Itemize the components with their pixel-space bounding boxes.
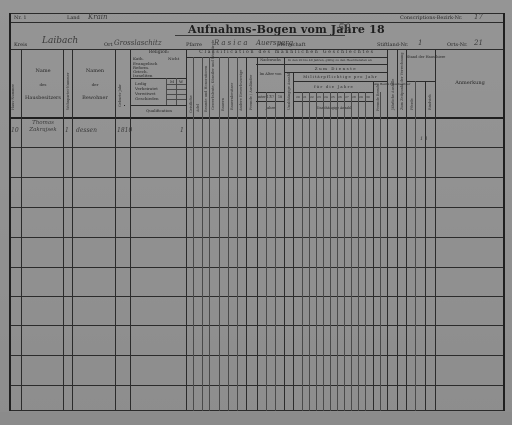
religion-col-nicht: Nicht	[168, 57, 179, 61]
altersklasse-label: Unabhängige Anzahl	[287, 88, 291, 110]
stand-grid-3	[166, 94, 187, 95]
sheet-number: Nr. 1	[14, 16, 27, 21]
row-1-bewohner: dessen	[76, 128, 97, 134]
year-col-21: 21	[303, 96, 307, 99]
year-col-28: 28	[352, 96, 356, 99]
col-line-20	[309, 92, 310, 411]
stand-grid-4	[166, 99, 187, 100]
unabhaengig-label: Unabhängige Anzahl	[294, 107, 374, 110]
col-line-5	[130, 49, 131, 411]
zeitpunkt-label: Zum Zeitpunkt der Verrechnung	[400, 70, 404, 110]
col-line-8	[202, 57, 203, 411]
year-col-27: 27	[345, 96, 349, 99]
stiftland-value: 1	[418, 40, 422, 47]
stand-col-line-2	[176, 78, 177, 105]
row-1-geburtsjahr: 1810	[117, 128, 132, 134]
nachwuchs-age-1: unter 17	[257, 96, 271, 99]
nachwuchs-label: Nachwuchs	[256, 59, 285, 63]
orts-label: Orts-Nr.	[447, 43, 468, 48]
military-divider-4	[294, 92, 374, 93]
tiere-divider	[407, 81, 436, 82]
religion-title: Religion:	[131, 51, 187, 56]
col-line-36	[435, 49, 436, 411]
military-divider-2	[285, 72, 387, 73]
col-line-2	[63, 49, 64, 411]
col-line-7	[193, 57, 194, 411]
stand-grid-2	[166, 89, 187, 90]
col-line-30	[380, 92, 381, 411]
zum-dienst-label: Zum Dienste	[285, 67, 387, 71]
kreis-value: Laibach	[42, 37, 78, 46]
military-divider-5	[294, 101, 374, 102]
year-col-22: 22	[310, 96, 314, 99]
class-col-7: Andere Erwerbszweige	[239, 76, 243, 111]
qualification-divider	[131, 105, 187, 106]
qualification-label: Qualification	[131, 109, 187, 113]
year-col-29: 29	[359, 96, 363, 99]
col-line-28	[365, 92, 366, 411]
year-col-24: 24	[324, 96, 328, 99]
anmerkung-label: Anmerkung	[436, 81, 504, 86]
col-line-29	[373, 81, 374, 411]
age-note: In den 20 bis 40 Jahren, gültig zu den H…	[288, 59, 372, 62]
page-title: Aufnahms-Bogen vom Jahre 18	[188, 24, 385, 35]
col-name-bewohner-1: Namen	[74, 69, 116, 74]
stand-der-label: Stand der Hausthiere	[407, 56, 436, 60]
col-name-bewohner-2: der	[74, 83, 116, 87]
col-line-11	[228, 57, 229, 411]
stand-col-line-1	[166, 78, 167, 105]
col-line-22	[323, 92, 324, 411]
col-line-27	[358, 92, 359, 411]
row-1-wohnpartei: 1	[65, 128, 69, 134]
nachwuchs-divider	[256, 64, 285, 65]
col-wohnpartei: Wohnpartei-Nummer	[66, 80, 70, 110]
page-margin-bottom	[0, 412, 512, 425]
col-line-4	[115, 49, 116, 411]
nachwuchs-age-2: 17	[270, 96, 274, 99]
conscriptions-label: Conscriptions-Bezirk-Nr.	[400, 16, 462, 21]
military-divider-1	[285, 64, 387, 65]
nachwuchs-age-3: 18	[278, 96, 282, 99]
col-line-34	[415, 81, 416, 411]
land-value: Krain	[88, 14, 108, 21]
col-geburtsjahr: Geburts-Jahr	[118, 85, 122, 107]
year-col-25: 25	[331, 96, 335, 99]
col-name-hausbesitzer-2: des	[22, 83, 64, 87]
col-line-9	[209, 57, 210, 411]
row-1-haus-nr: 10	[11, 128, 19, 134]
col-line-15	[266, 92, 267, 411]
col-line-16	[275, 92, 276, 411]
ort-value: Grosslaschitz	[114, 40, 162, 47]
stand-row-4: Geschieden	[135, 97, 159, 101]
col-name-hausbesitzer-3: Hausbesitzers	[22, 96, 64, 101]
pfarre-label: Pfarre	[186, 43, 202, 48]
ort-label: Ort	[104, 43, 113, 48]
class-col-2: Adel	[196, 92, 200, 112]
spacer	[124, 105, 125, 106]
class-col-4: Gewerbsleute, Künstler und Wundärzte	[211, 60, 215, 110]
year-col-26: 26	[338, 96, 342, 99]
col-name-hausbesitzer-1: Name	[22, 69, 64, 74]
col-line-25	[344, 92, 345, 411]
col-line-6	[186, 49, 187, 411]
class-col-5: Bauern	[221, 95, 225, 111]
row-1-tail-marks: 1 1	[420, 137, 428, 142]
fuer-jahre-label: für die Jahre	[294, 85, 374, 89]
class-col-8: Fremde / Ausländer	[249, 80, 253, 110]
tiere-rindvieh: Rindvieh	[428, 95, 432, 110]
col-line-31	[387, 49, 388, 411]
nachwuchs-jahre: Jahre	[256, 107, 285, 111]
census-sheet: Nr. 1 Land Krain Conscriptions-Bezirk-Nr…	[0, 0, 512, 425]
class-col-6: Bauernbesitzer	[230, 80, 234, 110]
year-col-30: 30	[366, 96, 370, 99]
col-line-32	[397, 49, 398, 411]
stiftland-label: Stiftland-Nr.	[377, 43, 408, 48]
col-line-24	[337, 92, 338, 411]
herrschaft-label: Herrschaft	[278, 43, 306, 48]
year-col-20: 20	[296, 96, 300, 99]
nachwuchs-sub: Im Alter von	[256, 73, 285, 77]
title-underline	[175, 35, 345, 36]
col-line-35	[425, 81, 426, 411]
col-line-21	[316, 92, 317, 411]
nachwuchs-age-top	[256, 92, 285, 93]
row-1-qualification: 1	[180, 128, 184, 134]
col-line-19	[302, 92, 303, 411]
militaer-pflicht-label: Militärpflichtige pro Jahr	[294, 75, 387, 79]
year-col-23: 23	[317, 96, 321, 99]
col-line-18	[293, 72, 294, 411]
col-line-3	[72, 49, 73, 411]
classification-title: Classification des männlichen Geschlecht…	[187, 51, 387, 56]
land-label: Land	[67, 16, 80, 21]
col-line-0	[9, 13, 11, 411]
col-line-23	[330, 92, 331, 411]
col-line-26	[351, 92, 352, 411]
col-line-33	[406, 49, 407, 411]
pfarre-value: Rasica	[214, 40, 250, 47]
col-line-1	[21, 49, 22, 411]
col-name-bewohner-3: Bewohner	[74, 96, 116, 101]
col-line-12	[237, 57, 238, 411]
conscriptions-value: 17	[474, 14, 483, 21]
kreis-label: Kreis	[14, 43, 27, 48]
row-1-hausbesitzer: Thomas Zakrajsek	[22, 120, 64, 134]
col-line-13	[246, 57, 247, 411]
nachwuchs-age-bottom	[256, 101, 285, 102]
jaehrl-label: Jährliche Ausfälle	[391, 50, 395, 110]
class-col-3: Beamte und Honoratioren	[204, 70, 208, 112]
col-line-10	[219, 57, 220, 411]
col-haus-nr: Haus-Nummer	[11, 70, 15, 110]
stand-grid-1	[166, 84, 187, 85]
title-year: 50	[338, 24, 351, 34]
col-line-14	[257, 57, 258, 411]
tiere-pferde: Pferde	[410, 95, 414, 110]
col-line-37	[503, 13, 505, 411]
col-line-17	[284, 57, 285, 411]
orts-value: 21	[474, 40, 483, 47]
